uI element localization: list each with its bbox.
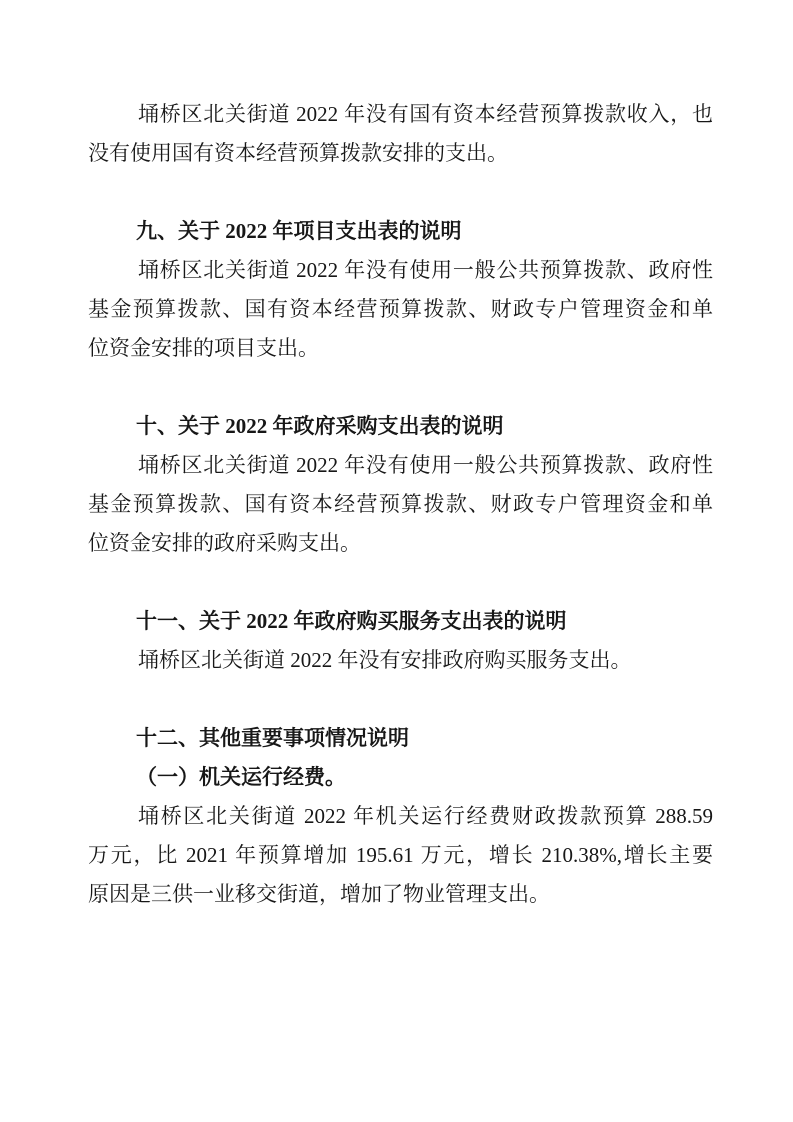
document-body: 埇桥区北关街道 2022 年没有国有资本经营预算拨款收入，也没有使用国有资本经营… xyxy=(88,95,713,914)
text-line: 位资金安排的项目支出。 xyxy=(88,329,713,368)
section-heading: 十、关于 2022 年政府采购支出表的说明 xyxy=(88,407,713,446)
paragraph: 埇桥区北关街道 2022 年没有国有资本经营预算拨款收入，也没有使用国有资本经营… xyxy=(88,95,713,173)
text-line: 埇桥区北关街道 2022 年没有使用一般公共预算拨款、政府性 xyxy=(88,251,713,290)
paragraph: 埇桥区北关街道 2022 年没有使用一般公共预算拨款、政府性基金预算拨款、国有资… xyxy=(88,446,713,563)
paragraph: 埇桥区北关街道 2022 年没有使用一般公共预算拨款、政府性基金预算拨款、国有资… xyxy=(88,251,713,368)
text-line: 基金预算拨款、国有资本经营预算拨款、财政专户管理资金和单 xyxy=(88,290,713,329)
text-line: 埇桥区北关街道 2022 年没有使用一般公共预算拨款、政府性 xyxy=(88,446,713,485)
text-line: 埇桥区北关街道 2022 年机关运行经费财政拨款预算 288.59 xyxy=(88,797,713,836)
sub-heading: （一）机关运行经费。 xyxy=(88,758,713,797)
text-line: 埇桥区北关街道 2022 年没有安排政府购买服务支出。 xyxy=(88,641,713,680)
paragraph: 埇桥区北关街道 2022 年机关运行经费财政拨款预算 288.59万元，比 20… xyxy=(88,797,713,914)
text-line: 埇桥区北关街道 2022 年没有国有资本经营预算拨款收入，也 xyxy=(88,95,713,134)
text-line: 没有使用国有资本经营预算拨款安排的支出。 xyxy=(88,134,713,173)
section-heading: 十一、关于 2022 年政府购买服务支出表的说明 xyxy=(88,602,713,641)
text-line: 基金预算拨款、国有资本经营预算拨款、财政专户管理资金和单 xyxy=(88,485,713,524)
text-line: 原因是三供一业移交街道，增加了物业管理支出。 xyxy=(88,875,713,914)
paragraph: 埇桥区北关街道 2022 年没有安排政府购买服务支出。 xyxy=(88,641,713,680)
section-heading: 九、关于 2022 年项目支出表的说明 xyxy=(88,212,713,251)
section-heading: 十二、其他重要事项情况说明 xyxy=(88,719,713,758)
text-line: 位资金安排的政府采购支出。 xyxy=(88,524,713,563)
document-page: 埇桥区北关街道 2022 年没有国有资本经营预算拨款收入，也没有使用国有资本经营… xyxy=(0,0,793,1122)
text-line: 万元，比 2021 年预算增加 195.61 万元，增长 210.38%,增长主… xyxy=(88,836,713,875)
